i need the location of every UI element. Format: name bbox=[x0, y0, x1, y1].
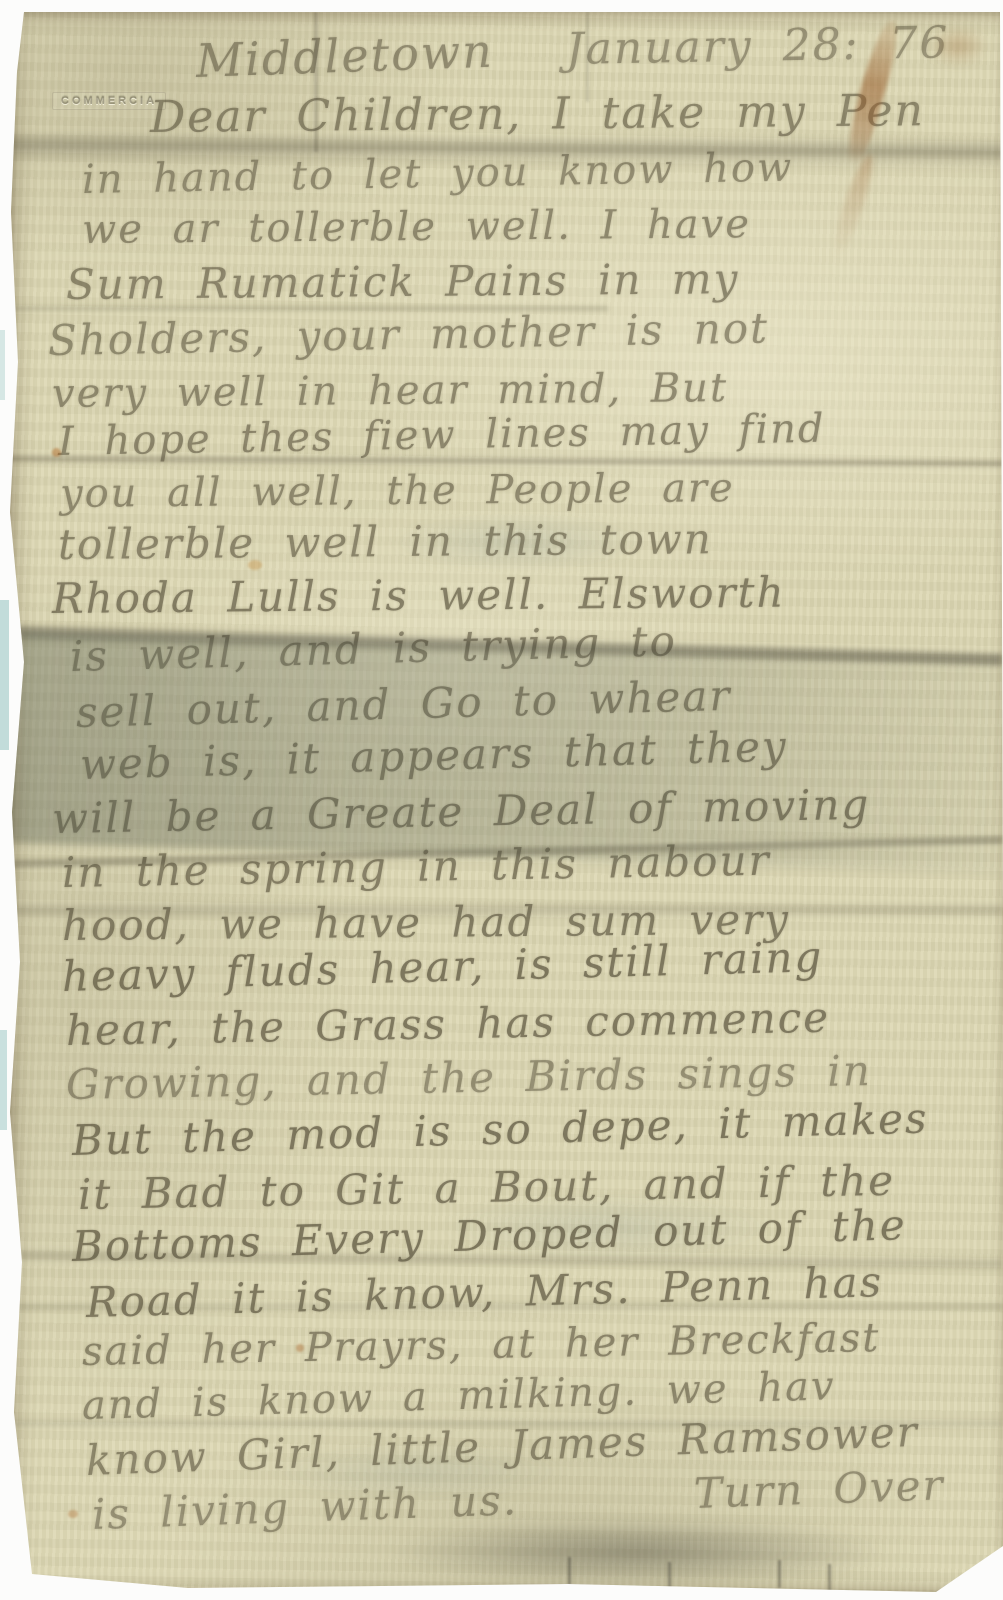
ink-mark bbox=[668, 1562, 671, 1590]
letter-line: said her Prayrs, at her Breckfast bbox=[82, 1318, 881, 1372]
scanner-bed-sliver bbox=[0, 600, 9, 750]
letter-place: Middletown bbox=[195, 28, 494, 84]
letter-line: you all well, the People are bbox=[60, 468, 735, 514]
scanner-bed-sliver bbox=[0, 1030, 7, 1130]
ink-mark bbox=[568, 1557, 571, 1585]
letter-line: very well in hear mind, But bbox=[52, 368, 728, 414]
letter-line: Dear Children, I take my Pen bbox=[150, 89, 925, 140]
scanned-letter-photo: COMMERCIA Middletown January 28: 76 Dear… bbox=[0, 0, 1003, 1600]
rust-stain bbox=[827, 152, 878, 262]
letter-line: web is, it appears that they bbox=[79, 725, 788, 786]
letter-line: we ar tollerble well. I have bbox=[82, 204, 751, 250]
letter-line: Rhoda Lulls is well. Elsworth bbox=[52, 572, 786, 620]
letter-line: hear, the Grass has commence bbox=[66, 997, 831, 1052]
letter-line: I hope thes fiew lines may find bbox=[58, 409, 826, 462]
foxing-speck bbox=[68, 1510, 78, 1518]
scanner-bed-sliver bbox=[0, 330, 5, 400]
letter-line: Road it is know, Mrs. Penn has bbox=[85, 1261, 883, 1324]
letter-line: is well, and is trying to bbox=[69, 620, 677, 678]
letter-line: Sum Rumatick Pains in my bbox=[66, 258, 740, 306]
letter-line: in the spring in this nabour bbox=[62, 840, 771, 894]
ink-mark bbox=[828, 1564, 831, 1592]
letter-line: Sholders, your mother is not bbox=[48, 307, 770, 362]
letter-date: January 28: 76 bbox=[566, 21, 950, 72]
bottom-smudge bbox=[388, 1517, 888, 1587]
letter-paper: COMMERCIA Middletown January 28: 76 Dear… bbox=[8, 12, 1003, 1592]
foxing-speck bbox=[296, 1344, 304, 1352]
letter-line: will be a Greate Deal of moving bbox=[52, 784, 871, 840]
letter-line: in hand to let you know how bbox=[82, 148, 794, 200]
foxing-speck bbox=[248, 560, 262, 570]
foxing-speck bbox=[52, 448, 61, 457]
letter-line: But the mod is so depe, it makes bbox=[71, 1098, 929, 1162]
letter-line: tollerble well in this town bbox=[58, 518, 713, 566]
ink-mark bbox=[778, 1560, 781, 1588]
